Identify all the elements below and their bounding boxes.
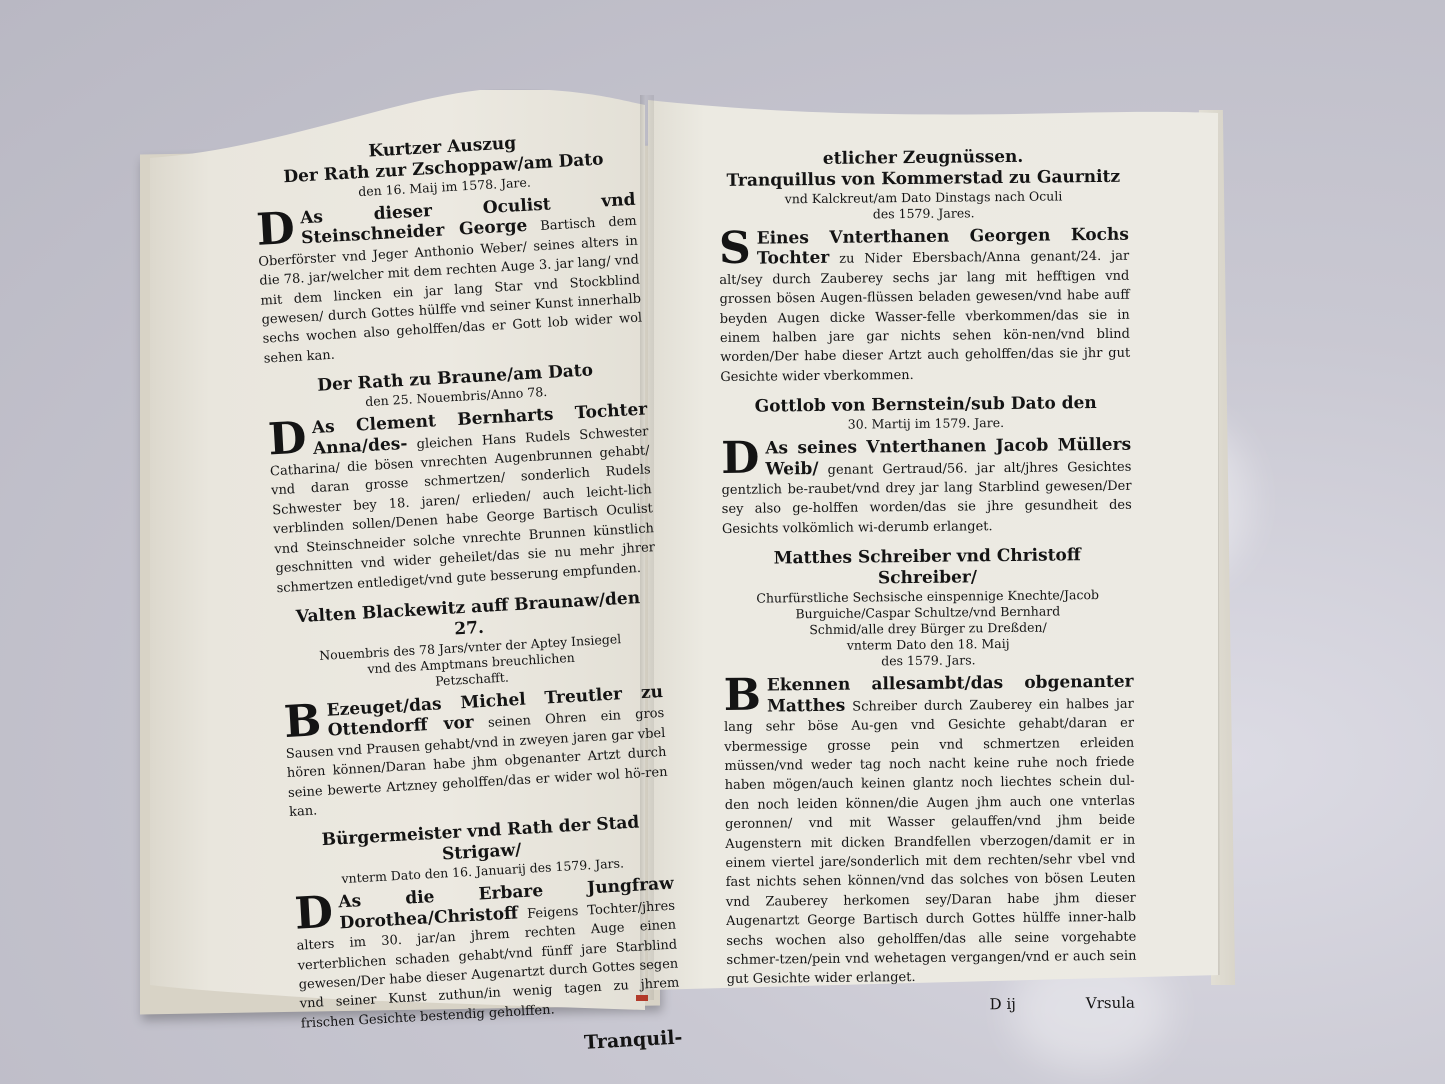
testimony-section: Der Rath zu Braune/am Dato den 25. Nouem… [265, 358, 657, 599]
testimony-section: Tranquillus von Kommerstad zu Gaurnitz v… [718, 167, 1130, 388]
catchword: Vrsula [1086, 993, 1135, 1012]
testimony-section: Bürgermeister vnd Rath der Stad Strigaw/… [290, 811, 681, 1034]
section-body: D As Clement Bernharts Tochter Anna/des-… [267, 401, 656, 599]
section-body: D As die Erbare Jungfraw Dorothea/Christ… [294, 875, 681, 1034]
testimony-section: Gottlob von Bernstein/sub Dato den 30. M… [721, 393, 1132, 539]
section-title: Tranquillus von Kommerstad zu Gaurnitz [718, 167, 1128, 192]
section-title: Matthes Schreiber vnd Christoff Schreibe… [722, 545, 1132, 591]
drop-cap: D [256, 210, 296, 250]
signature-mark: D ij [990, 995, 1016, 1013]
drop-cap: S [719, 230, 751, 268]
catchword: Tranquil- [302, 1027, 683, 1070]
testimony-section: Valten Blackewitz auff Braunaw/den 27. N… [278, 587, 669, 822]
section-body: B Ekennen allesambt/das obgenanter Matth… [724, 673, 1137, 990]
drop-cap: B [283, 702, 322, 742]
drop-cap: B [724, 677, 762, 715]
left-page-text: Kurtzer Auszug Der Rath zur Zschoppaw/am… [252, 127, 683, 1070]
section-date: des 1579. Jars. [723, 651, 1133, 671]
body-text: Schreiber durch Zauberey ein halbes jar … [724, 696, 1137, 987]
section-body: D As dieser Oculist vnd Steinschneider G… [256, 191, 644, 369]
photo-scene: Kurtzer Auszug Der Rath zur Zschoppaw/am… [0, 0, 1445, 1084]
section-date: des 1579. Jares. [719, 204, 1129, 224]
testimony-section: Der Rath zur Zschoppaw/am Dato den 16. M… [253, 148, 644, 369]
section-body: S Eines Vnterthanen Georgen Kochs Tochte… [719, 226, 1131, 388]
drop-cap: D [267, 420, 307, 460]
section-body: D As seines Vnterthanen Jacob Müllers We… [721, 436, 1132, 539]
drop-cap: D [294, 894, 334, 934]
body-text: zu Nider Ebersbach/Anna genant/24. jar a… [719, 249, 1130, 385]
testimony-section: Matthes Schreiber vnd Christoff Schreibe… [722, 545, 1137, 990]
right-page-text: etlicher Zeugnüssen. Tranquillus von Kom… [718, 146, 1137, 1016]
section-body: B Ezeuget/das Michel Treutler zu Ottendo… [283, 683, 669, 822]
drop-cap: D [721, 440, 760, 478]
